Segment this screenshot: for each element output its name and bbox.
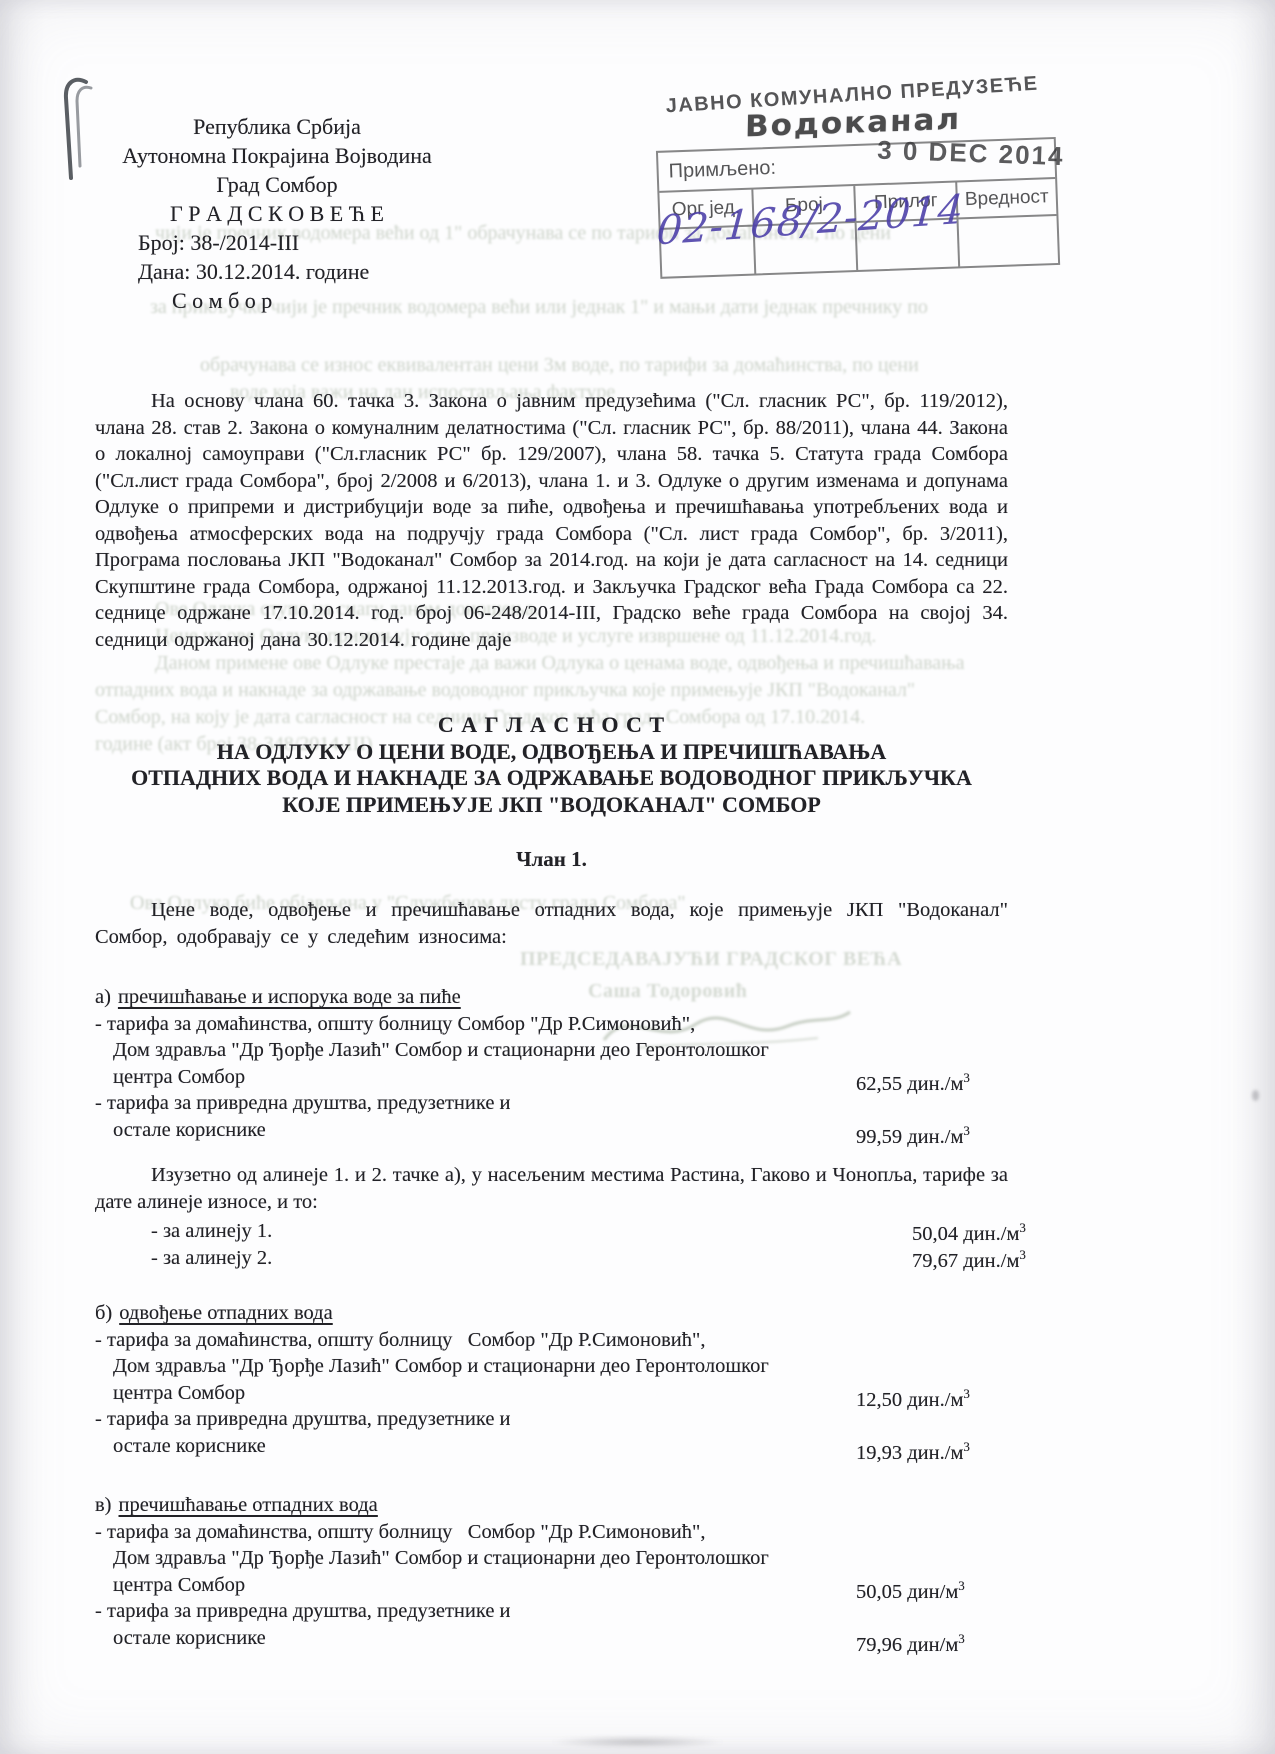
tariff-line: остале кориснике 99,59 дин./м3 xyxy=(95,1117,1008,1144)
tariff-line: - тарифа за домаћинства, општу болницу С… xyxy=(95,1327,1008,1354)
section-v-heading: в)пречишћавање отпадних вода xyxy=(95,1492,1008,1519)
section-v-heading-text: пречишћавање отпадних вода xyxy=(119,1494,378,1516)
cubic-meter-exponent: 3 xyxy=(958,1578,965,1593)
cubic-meter-exponent: 3 xyxy=(1019,1220,1026,1235)
letterhead-province: Аутономна Покрајина Војводина xyxy=(92,141,462,170)
tariff-price: 12,50 дин./м3 xyxy=(856,1387,1008,1414)
bleed-through-text: обрачунава се износ еквивалентан цени 3м… xyxy=(200,354,1010,377)
tariff-line: центра Сомбор 62,55 дин./м3 xyxy=(95,1064,1008,1091)
tariff-price: 50,05 дин/м3 xyxy=(856,1579,1008,1606)
cubic-meter-exponent: 3 xyxy=(963,1386,970,1401)
tariff-label: центра Сомбор xyxy=(113,1572,856,1599)
title-line-4: КОЈЕ ПРИМЕЊУЈЕ ЈКП "ВОДОКАНАЛ" СОМБОР xyxy=(95,792,1008,819)
tariff-price: 99,59 дин./м3 xyxy=(856,1124,1008,1151)
section-v: в)пречишћавање отпадних вода - тарифа за… xyxy=(95,1492,1008,1651)
letterhead-country: Република Србија xyxy=(92,112,462,141)
exception-row: - за алинеју 1. 50,04 дин./м3 xyxy=(95,1218,1008,1245)
tariff-price: 62,55 дин./м3 xyxy=(856,1071,1008,1098)
tariff-label: центра Сомбор xyxy=(113,1380,856,1407)
stamp-cell-empty xyxy=(957,216,1059,266)
section-v-prefix: в) xyxy=(95,1494,112,1516)
section-a-heading-text: пречишћавање и испорука воде за пиће xyxy=(118,986,461,1008)
tariff-line: центра Сомбор 50,05 дин/м3 xyxy=(95,1572,1008,1599)
exception-row: - за алинеју 2. 79,67 дин./м3 xyxy=(95,1245,1008,1272)
section-b-prefix: б) xyxy=(95,1302,112,1324)
cubic-meter-exponent: 3 xyxy=(963,1439,970,1454)
exception-price: 79,67 дин./м3 xyxy=(856,1248,1008,1275)
exception-label: - за алинеју 1. xyxy=(95,1218,856,1245)
title-line-1: С А Г Л А С Н О С Т xyxy=(95,712,1008,739)
intro-paragraph: На основу члана 60. тачка 3. Закона о ја… xyxy=(95,388,1008,653)
section-a: а)пречишћавање и испорука воде за пиће -… xyxy=(95,984,1008,1143)
document-title: С А Г Л А С Н О С Т НА ОДЛУКУ О ЦЕНИ ВОД… xyxy=(95,712,1008,818)
letterhead-body-name: Г Р А Д С К О В Е Ћ Е xyxy=(92,199,462,228)
document-number: Број: 38-/2014-III xyxy=(138,228,462,257)
exception-label: - за алинеју 2. xyxy=(95,1245,856,1272)
cubic-meter-exponent: 3 xyxy=(1019,1247,1026,1262)
cubic-meter-exponent: 3 xyxy=(963,1123,970,1138)
letterhead-place: С о м б о р xyxy=(172,286,462,315)
letterhead: Република Србија Аутономна Покрајина Вој… xyxy=(92,112,462,315)
stamp-col-value: Вредност xyxy=(955,179,1056,217)
letterhead-city: Град Сомбор xyxy=(92,170,462,199)
scanned-document-page: чији је пречник водомера већи од 1" обра… xyxy=(0,0,1275,1754)
tariff-label: остале кориснике xyxy=(113,1433,856,1460)
cubic-meter-exponent: 3 xyxy=(963,1070,970,1085)
exception-paragraph: Изузетно од алинеје 1. и 2. тачке а), у … xyxy=(95,1162,1008,1215)
tariff-line: - тарифа за домаћинства, општу болницу С… xyxy=(95,1011,1008,1038)
title-line-2: НА ОДЛУКУ О ЦЕНИ ВОДЕ, ОДВОЂЕЊА И ПРЕЧИШ… xyxy=(95,739,1008,766)
section-b-heading: б)одвођење отпадних вода xyxy=(95,1300,1008,1327)
title-line-3: ОТПАДНИХ ВОДА И НАКНАДЕ ЗА ОДРЖАВАЊЕ ВОД… xyxy=(95,765,1008,792)
exception-price: 50,04 дин./м3 xyxy=(856,1221,1008,1248)
cubic-meter-exponent: 3 xyxy=(958,1631,965,1646)
tariff-price: 79,96 дин/м3 xyxy=(856,1632,1008,1659)
bleed-through-text: ПРЕДСЕДАВАЈУЋИ ГРАДСКОГ ВЕЋА xyxy=(520,948,980,971)
stamp-date: 3 0 DEC 2014 xyxy=(876,135,1064,173)
tariff-price: 19,93 дин./м3 xyxy=(856,1440,1008,1467)
article-heading: Члан 1. xyxy=(95,846,1008,873)
tariff-line: остале кориснике 19,93 дин./м3 xyxy=(95,1433,1008,1460)
tariff-label: остале кориснике xyxy=(113,1117,856,1144)
tariff-line: Дом здравља "Др Ђорђе Лазић" Сомбор и ст… xyxy=(95,1545,1008,1572)
section-a-prefix: а) xyxy=(95,986,111,1008)
tariff-line: - тарифа за домаћинства, општу болницу С… xyxy=(95,1519,1008,1546)
document-date: Дана: 30.12.2014. године xyxy=(138,257,462,286)
tariff-label: центра Сомбор xyxy=(113,1064,856,1091)
section-b: б)одвођење отпадних вода - тарифа за дом… xyxy=(95,1300,1008,1459)
tariff-line: центра Сомбор 12,50 дин./м3 xyxy=(95,1380,1008,1407)
section-a-heading: а)пречишћавање и испорука воде за пиће xyxy=(95,984,1008,1011)
tariff-line: остале кориснике 79,96 дин/м3 xyxy=(95,1625,1008,1652)
scan-speck xyxy=(1252,1090,1259,1101)
received-stamp: ЈАВНО КОМУНАЛНО ПРЕДУЗЕЋЕ Водоканал Прим… xyxy=(642,77,1068,280)
tariff-label: остале кориснике xyxy=(113,1625,856,1652)
article-paragraph: Цене воде, одвођење и пречишћавање отпад… xyxy=(95,897,1008,950)
exception-block: Изузетно од алинеје 1. и 2. тачке а), у … xyxy=(95,1162,1008,1271)
scan-smudge xyxy=(550,1736,725,1748)
staple-mark xyxy=(56,76,102,194)
bleed-through-text: Даном примене ове Одлуке престаје да важ… xyxy=(155,652,1015,675)
section-b-heading-text: одвођење отпадних вода xyxy=(119,1302,332,1324)
tariff-line: Дом здравља "Др Ђорђе Лазић" Сомбор и ст… xyxy=(95,1037,1008,1064)
tariff-line: Дом здравља "Др Ђорђе Лазић" Сомбор и ст… xyxy=(95,1353,1008,1380)
bleed-through-text: отпадних вода и накнаде за одржавање вод… xyxy=(95,679,985,702)
